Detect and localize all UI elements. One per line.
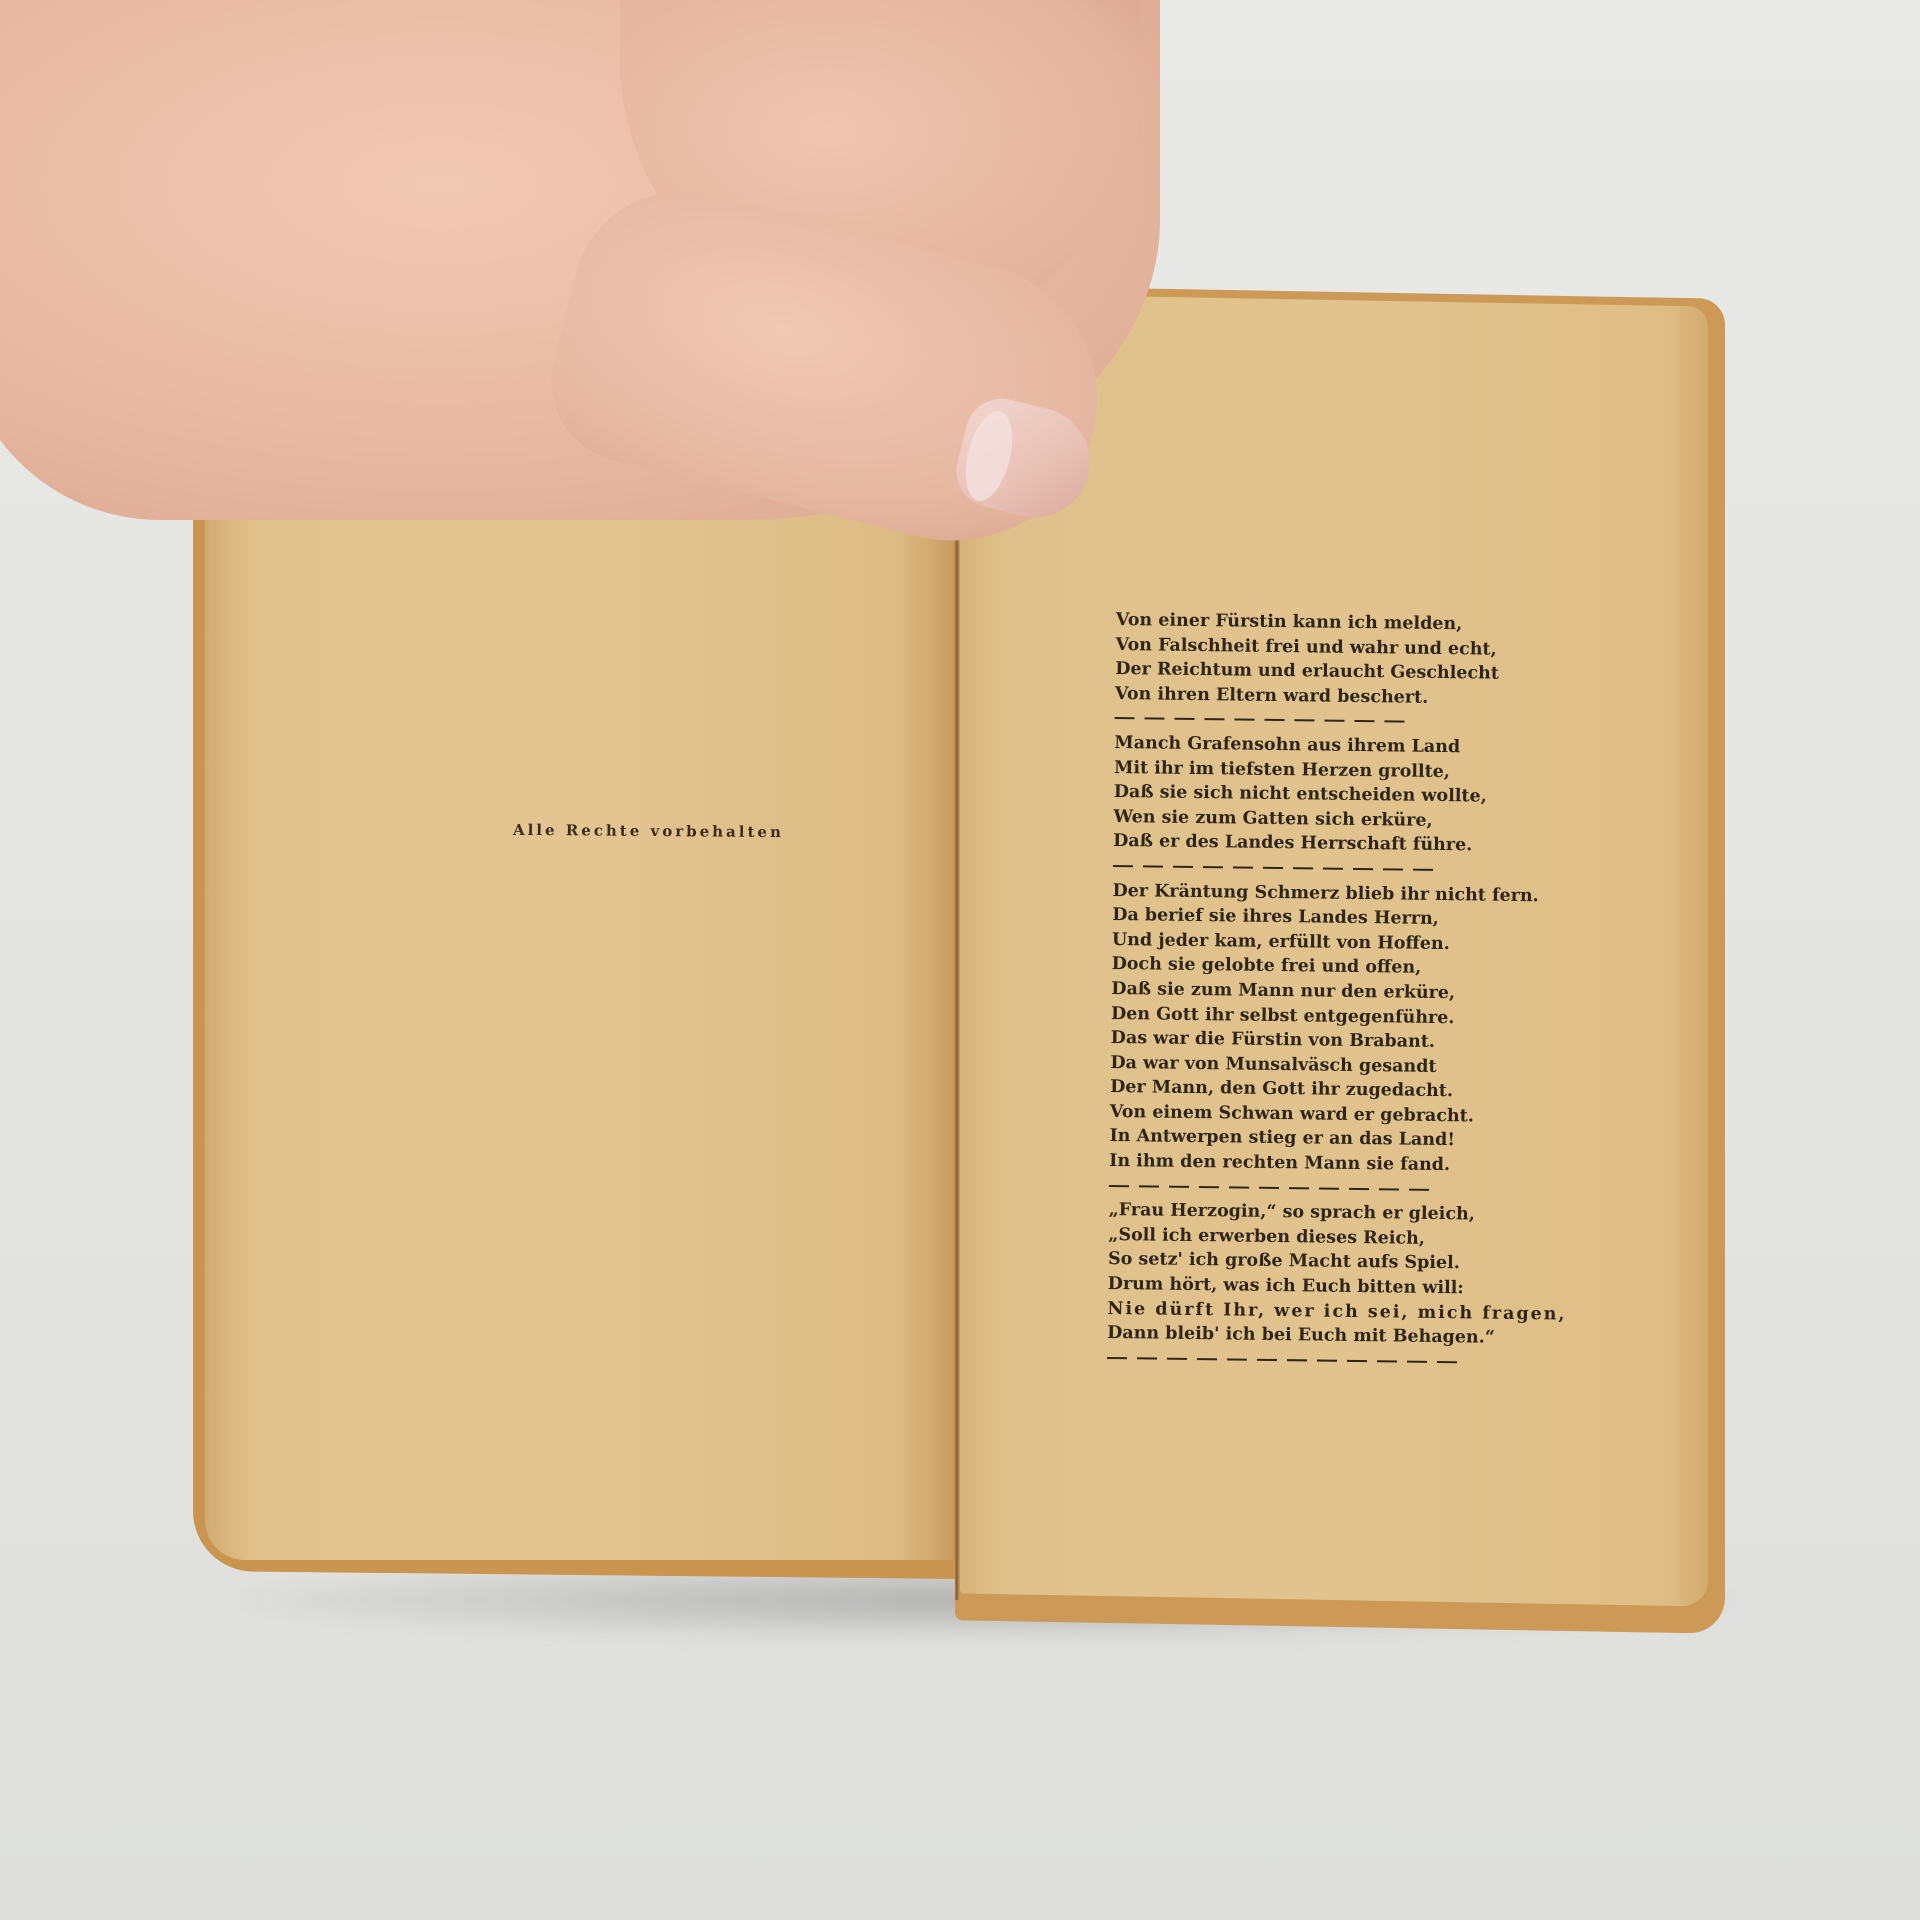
left-page: [205, 355, 953, 1560]
stanza-1: Von einer Fürstin kann ich melden, Von F…: [1115, 608, 1576, 712]
rights-reserved-imprint: Alle Rechte vorbehalten: [513, 821, 784, 841]
poem-text: Von einer Fürstin kann ich melden, Von F…: [1107, 608, 1576, 1376]
stanza-3: Der Kräntung Schmerz blieb ihr nicht fer…: [1109, 879, 1573, 1180]
stanza-2: Manch Grafensohn aus ihrem Land Mit ihr …: [1113, 731, 1574, 860]
photo-scene: Alle Rechte vorbehalten Von einer Fürsti…: [0, 0, 1920, 1920]
stanza-4: „Frau Herzogin,“ so sprach er gleich, „S…: [1107, 1198, 1569, 1351]
